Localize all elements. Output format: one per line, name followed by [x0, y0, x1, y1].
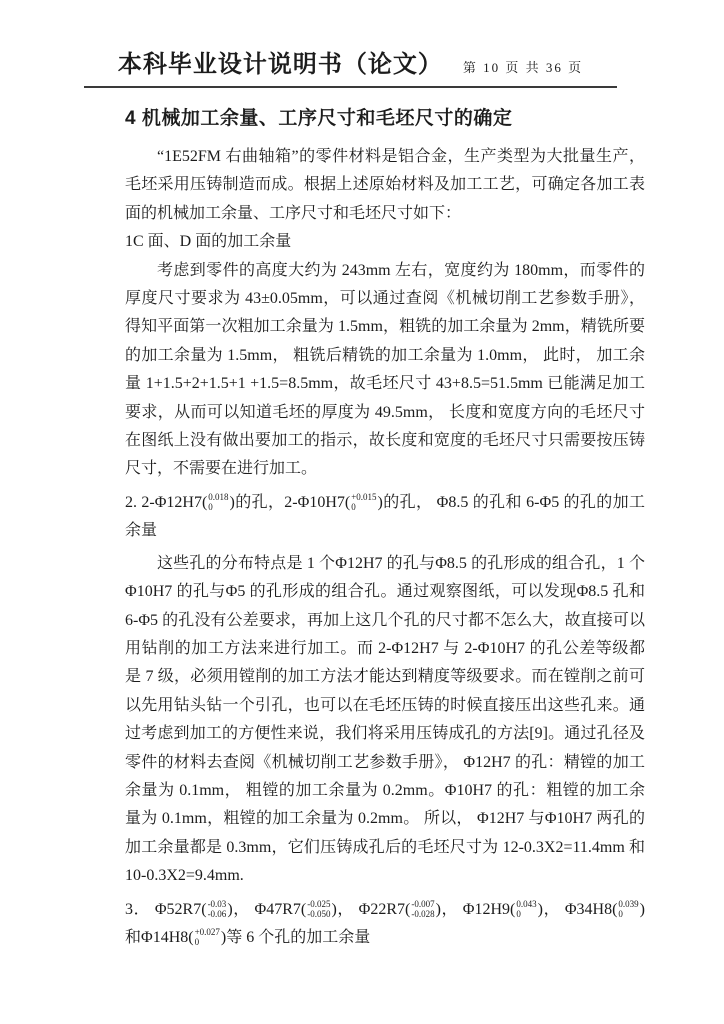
- tolerance-lower: 0: [618, 909, 638, 919]
- tolerance-lower: -0.06: [208, 909, 227, 919]
- item-2-heading: 2. 2-Φ12H7(0.0180)的孔，2-Φ10H7(+0.0150)的孔，…: [125, 489, 645, 546]
- page-header: 本科毕业设计说明书（论文） 第 10 页 共 36 页: [84, 44, 617, 88]
- section-heading: 4 机械加工余量、工序尺寸和毛坯尺寸的确定: [125, 103, 645, 130]
- tolerance-lower: 0: [208, 502, 228, 512]
- tolerance-lower: 0: [195, 937, 220, 947]
- tolerance-upper: -0.007: [411, 899, 434, 909]
- tolerance-lower: 0: [351, 502, 376, 512]
- tolerance-upper: 0.018: [208, 492, 228, 502]
- document-body: “1E52FM 右曲轴箱”的零件材料是铝合金，生产类型为大批量生产，毛坯采用压铸…: [125, 143, 645, 952]
- tolerance-upper: -0.03: [208, 899, 227, 909]
- tolerance-upper: -0.025: [307, 899, 330, 909]
- document-page: 本科毕业设计说明书（论文） 第 10 页 共 36 页 4 机械加工余量、工序尺…: [0, 0, 724, 1024]
- tolerance-upper: +0.027: [195, 927, 220, 937]
- item-2-body-paragraph: 这些孔的分布特点是 1 个Φ12H7 的孔与Φ8.5 的孔形成的组合孔，1 个Φ…: [125, 550, 645, 891]
- tolerance-stack: 0.0430: [516, 899, 536, 919]
- tolerance-stack: -0.025-0.050: [307, 899, 330, 919]
- item-1-heading: 1C 面、D 面的加工余量: [125, 228, 645, 256]
- header-page-number: 第 10 页 共 36 页: [463, 57, 583, 76]
- tolerance-upper: 0.039: [618, 899, 638, 909]
- tolerance-stack: +0.0150: [351, 492, 376, 512]
- header-title: 本科毕业设计说明书（论文）: [118, 44, 443, 79]
- tolerance-lower: -0.050: [307, 909, 330, 919]
- intro-paragraph: “1E52FM 右曲轴箱”的零件材料是铝合金，生产类型为大批量生产，毛坯采用压铸…: [125, 143, 645, 228]
- tolerance-stack: +0.0270: [195, 927, 220, 947]
- tolerance-lower: -0.028: [411, 909, 434, 919]
- tolerance-stack: 0.0180: [208, 492, 228, 512]
- item-1-body-paragraph: 考虑到零件的高度大约为 243mm 左右，宽度约为 180mm，而零件的厚度尺寸…: [125, 257, 645, 484]
- header-row: 本科毕业设计说明书（论文） 第 10 页 共 36 页: [84, 44, 617, 79]
- tolerance-stack: -0.007-0.028: [411, 899, 434, 919]
- tolerance-upper: 0.043: [516, 899, 536, 909]
- tolerance-stack: -0.03-0.06: [208, 899, 227, 919]
- tolerance-stack: 0.0390: [618, 899, 638, 919]
- tolerance-upper: +0.015: [351, 492, 376, 502]
- item-3-heading: 3． Φ52R7(-0.03-0.06)， Φ47R7(-0.025-0.050…: [125, 896, 645, 953]
- tolerance-lower: 0: [516, 909, 536, 919]
